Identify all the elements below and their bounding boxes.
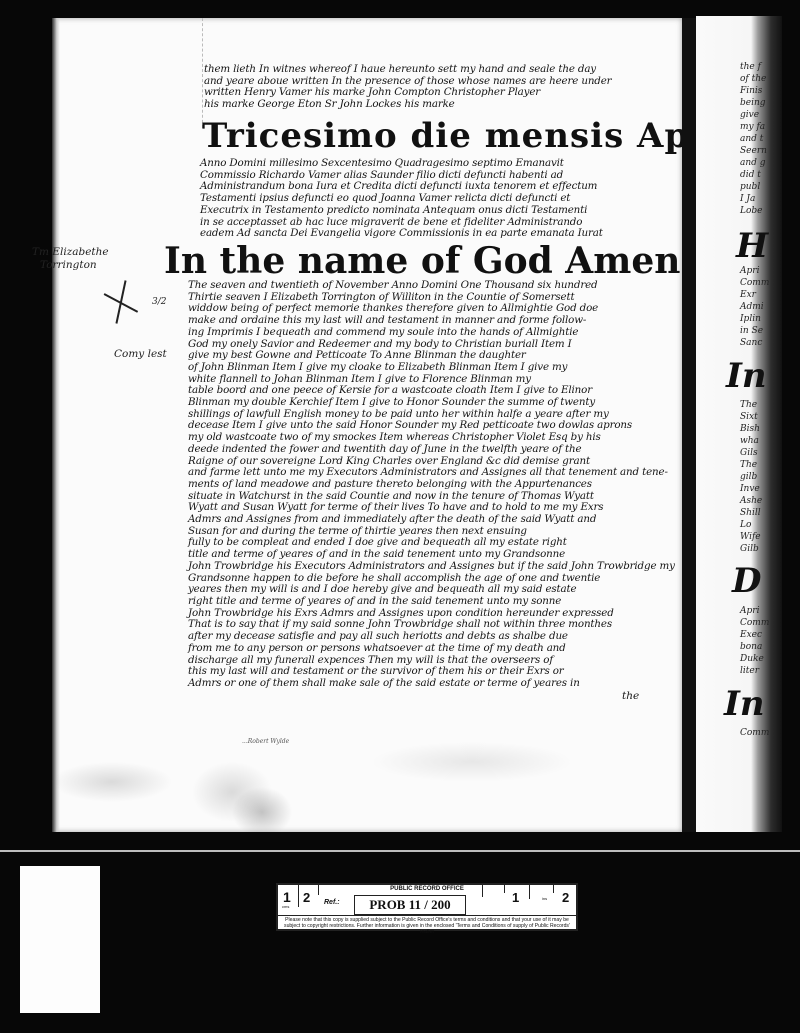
margin-signature-note: Comy lest [114,348,167,361]
office-name: PUBLIC RECORD OFFICE [278,886,576,892]
text-line: John Trowbridge his Executors Administra… [188,561,675,573]
reference-number: PROB 11 / 200 [354,895,466,915]
will-heading: In the name of God Amen [164,240,680,282]
scale-tick [504,885,505,893]
fragment-capital: H [736,226,768,266]
fragment-line: Comm [740,618,769,628]
fragment-capital: D [732,561,761,601]
fragment-line: Iplin [740,314,761,324]
fragment-line: and g [740,158,766,168]
fragment-line: Wife [740,532,761,542]
signature-mark [102,280,138,324]
page-edge-shadow [52,18,60,832]
fragment-line: of the [740,74,766,84]
adjacent-page-fragment: the f of the Finis being give my fa and … [696,16,782,832]
text-line: Anno Domini millesimo Sexcentesimo Quadr… [200,158,603,170]
scale-cm-2: 2 [303,890,310,905]
fragment-line: Comm [740,728,769,738]
fragment-line: Gilb [740,544,759,554]
fragment-line: liter [740,666,759,676]
fragment-line: Duke [740,654,764,664]
page-gutter [682,18,696,832]
fragment-line: gilb [740,472,757,482]
continuation-text: them lieth In witnes whereof I haue here… [204,64,611,111]
blank-target-card [20,866,100,1013]
main-manuscript-page: them lieth In witnes whereof I haue here… [52,18,682,832]
will-body: The seaven and twentieth of November Ann… [188,280,675,690]
fragment-line: Apri [740,266,759,276]
ref-label: Ref.: [324,899,340,906]
text-line: deede indented the fower and twentith da… [188,444,675,456]
fragment-line: The [740,400,757,410]
archive-reference-label: 1 cms 2 Ref.: PUBLIC RECORD OFFICE PROB … [276,883,578,931]
fragment-line: Seern [740,146,767,156]
text-line: The seaven and twentieth of November Ann… [188,280,675,292]
film-divider-line [0,850,800,852]
fragment-line: Lobe [740,206,762,216]
scale-tick [482,885,483,897]
text-line: Admrs or one of them shall make sale of … [188,678,675,690]
scale-cm-unit: cms [282,904,289,909]
text-line: ments of land meadowe and pasture theret… [188,479,675,491]
catchword: the [622,690,639,702]
scale-tick [553,885,554,893]
fragment-line: I Ja [740,194,755,204]
fragment-line: Apri [740,606,759,616]
fragment-line: Ashe [740,496,762,506]
fragment-line: Sixt [740,412,758,422]
fragment-line: Shill [740,508,761,518]
text-line: from me to any person or persons whatsoe… [188,643,675,655]
margin-name-line: Tm Elizabethe [32,246,109,259]
scale-tick [529,885,530,899]
scale-in-2: 2 [562,890,569,905]
fragment-line: being [740,98,766,108]
fragment-line: Admi [740,302,764,312]
text-line: them lieth In witnes whereof I haue here… [204,64,611,76]
fragment-line: Gils [740,448,758,458]
fragment-line: bona [740,642,762,652]
margin-fraction: 3/2 [152,296,166,309]
page-stains [52,712,682,832]
fragment-line: Exec [740,630,762,640]
fragment-capital: In [724,684,765,724]
fragment-line: Bish [740,424,760,434]
margin-name-line: Torrington [32,259,109,272]
fragment-line: in Se [740,326,763,336]
text-line: of John Blinman Item I give my cloake to… [188,362,675,374]
fragment-line: publ [740,182,760,192]
margin-testator-name: Tm Elizabethe Torrington [32,246,109,272]
microfilm-scan: them lieth In witnes whereof I haue here… [0,0,800,1033]
text-line: Admrs and Assignes from and immediately … [188,514,675,526]
fragment-line: Sanc [740,338,762,348]
fragment-line: Exr [740,290,756,300]
fragment-line: and t [740,134,763,144]
probate-clause: Anno Domini millesimo Sexcentesimo Quadr… [200,158,603,240]
fragment-line: Finis [740,86,762,96]
fragment-line: Comm [740,278,769,288]
scale-in-1: 1 [512,890,519,905]
fragment-line: give [740,110,759,120]
text-line: Blinman my double Kerchief Item I give t… [188,397,675,409]
faint-bottom-text: ...Robert Wylde [242,738,289,745]
scale-in-unit: ins [542,896,547,901]
fragment-line: The [740,460,757,470]
fragment-capital: In [726,356,767,396]
fragment-line: my fa [740,122,765,132]
fragment-line: wha [740,436,759,446]
text-line: Executrix in Testamento predicto nominat… [200,205,603,217]
fragment-line: Inve [740,484,760,494]
text-line: ing Imprimis I bequeath and commend my s… [188,327,675,339]
fragment-line: the f [740,62,761,72]
text-line: right title and terme of yeares of and i… [188,596,675,608]
text-line: eadem Ad sancta Dei Evangelia vigore Com… [200,228,603,240]
fragment-line: Lo [740,520,751,530]
text-line: his marke George Eton Sr John Lockes his… [204,99,611,111]
copyright-notice: Please note that this copy is supplied s… [278,915,576,931]
fragment-line: did t [740,170,761,180]
